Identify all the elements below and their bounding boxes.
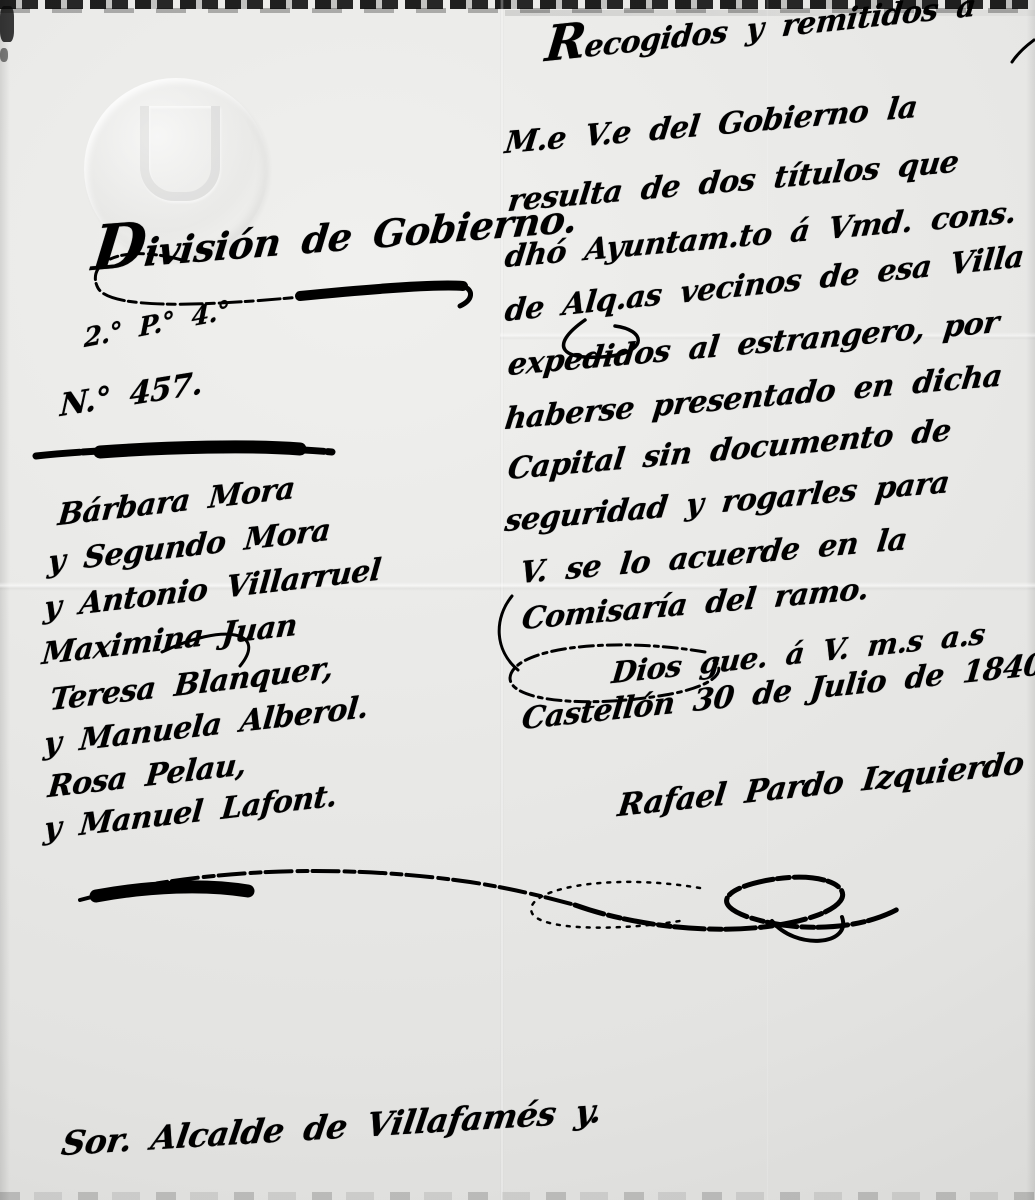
body-paren-flourish — [499, 596, 518, 670]
division-heading-initial: D — [89, 207, 150, 285]
handwriting-layer: División de Gobierno. 2.° P.° 4.° N.° 45… — [0, 0, 1035, 1200]
number-underline-thick — [100, 447, 300, 452]
body-initial-capital: R — [543, 11, 589, 73]
signature-rubric — [575, 877, 898, 929]
top-right-stray-stroke — [1012, 40, 1034, 62]
rubric-left-blob — [96, 887, 248, 896]
header-flourish-thick — [300, 286, 463, 296]
signature-rubric-dotted-oval — [531, 882, 700, 928]
scanned-letter: División de Gobierno. 2.° P.° 4.° N.° 45… — [0, 0, 1035, 1200]
